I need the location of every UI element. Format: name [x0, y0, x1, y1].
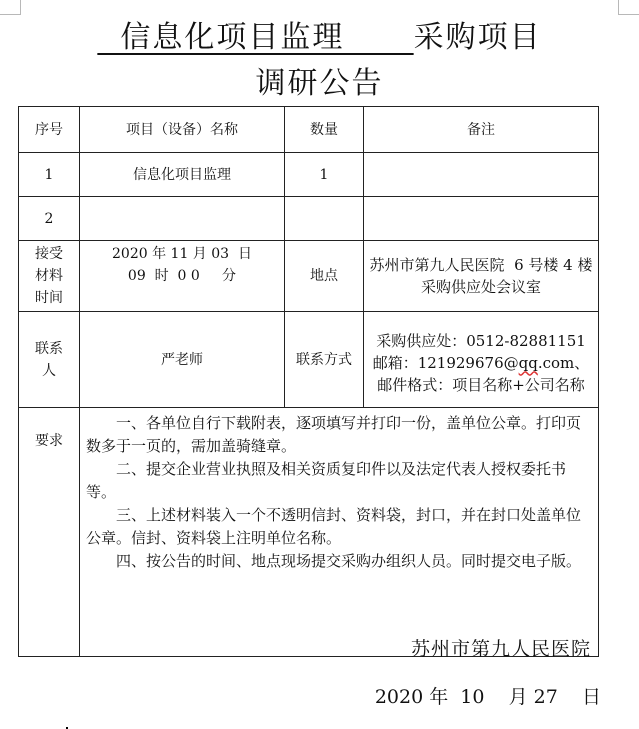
header-item-name: 项目（设备）名称 — [80, 107, 285, 153]
requirements-content: 一、各单位自行下载附表，逐项填写并打印一份，盖单位公章。打印页数多于一页的，需加… — [80, 408, 599, 657]
page-corner-mark-left — [0, 0, 21, 15]
header-remarks: 备注 — [364, 107, 599, 153]
cell-serial-no: 1 — [19, 153, 80, 197]
contact-row: 联系 人 严老师 联系方式 采购供应处：0512-82881151 邮箱：121… — [19, 312, 599, 408]
place-label: 地点 — [285, 241, 364, 312]
contact-person-value: 严老师 — [80, 312, 285, 408]
document-subtitle: 调研公告 — [0, 64, 639, 104]
contact-method-label: 联系方式 — [285, 312, 364, 408]
cell-item-name: 信息化项目监理 — [80, 153, 285, 197]
document-title: 信息化项目监理 采购项目 — [0, 18, 639, 58]
contact-method-value: 采购供应处：0512-82881151 邮箱：121929676@qq.com、… — [364, 312, 599, 408]
contact-email: 邮箱：121929676@qq.com、 — [364, 352, 598, 374]
receive-time-value: 2020 年 11 月 03 日 09 时 0 0 分 — [80, 241, 285, 312]
requirements-label: 要求 — [19, 408, 80, 657]
table-header-row: 序号 项目（设备）名称 数量 备注 — [19, 107, 599, 153]
cell-item-name — [80, 197, 285, 241]
requirement-item: 三、上述材料装入一个不透明信封、资料袋，封口，并在封口处盖单位公章。信封、资料袋… — [86, 504, 594, 550]
table-row: 1 信息化项目监理 1 — [19, 153, 599, 197]
cell-quantity — [285, 197, 364, 241]
requirement-item: 二、提交企业营业执照及相关资质复印件以及法定代表人授权委托书等。 — [86, 458, 594, 504]
table-row: 2 — [19, 197, 599, 241]
cell-serial-no: 2 — [19, 197, 80, 241]
requirement-item: 四、按公告的时间、地点现场提交采购办组织人员。同时提交电子版。 — [86, 550, 594, 573]
header-serial-no: 序号 — [19, 107, 80, 153]
issuing-organization: 苏州市第九人民医院 — [411, 634, 591, 661]
cell-remarks — [364, 153, 599, 197]
title-project-name: 信息化项目监理 — [97, 20, 413, 55]
announcement-table: 序号 项目（设备）名称 数量 备注 1 信息化项目监理 1 2 接受 材料 时间… — [18, 106, 599, 657]
requirements-row: 要求 一、各单位自行下载附表，逐项填写并打印一份，盖单位公章。打印页数多于一页的… — [19, 408, 599, 657]
title-suffix: 采购项目 — [414, 20, 542, 55]
header-quantity: 数量 — [285, 107, 364, 153]
issue-date: 2020 年 10 月 27 日 — [375, 682, 601, 709]
receive-time-row: 接受 材料 时间 2020 年 11 月 03 日 09 时 0 0 分 地点 … — [19, 241, 599, 312]
requirement-item: 一、各单位自行下载附表，逐项填写并打印一份，盖单位公章。打印页数多于一页的，需加… — [86, 412, 594, 458]
receive-time-label: 接受 材料 时间 — [19, 241, 80, 312]
cell-remarks — [364, 197, 599, 241]
place-value: 苏州市第九人民医院 6 号楼 4 楼 采购供应处会议室 — [364, 241, 599, 312]
page-corner-mark-right — [618, 0, 639, 15]
contact-person-label: 联系 人 — [19, 312, 80, 408]
spellcheck-underline: qq — [519, 354, 538, 372]
cell-quantity: 1 — [285, 153, 364, 197]
